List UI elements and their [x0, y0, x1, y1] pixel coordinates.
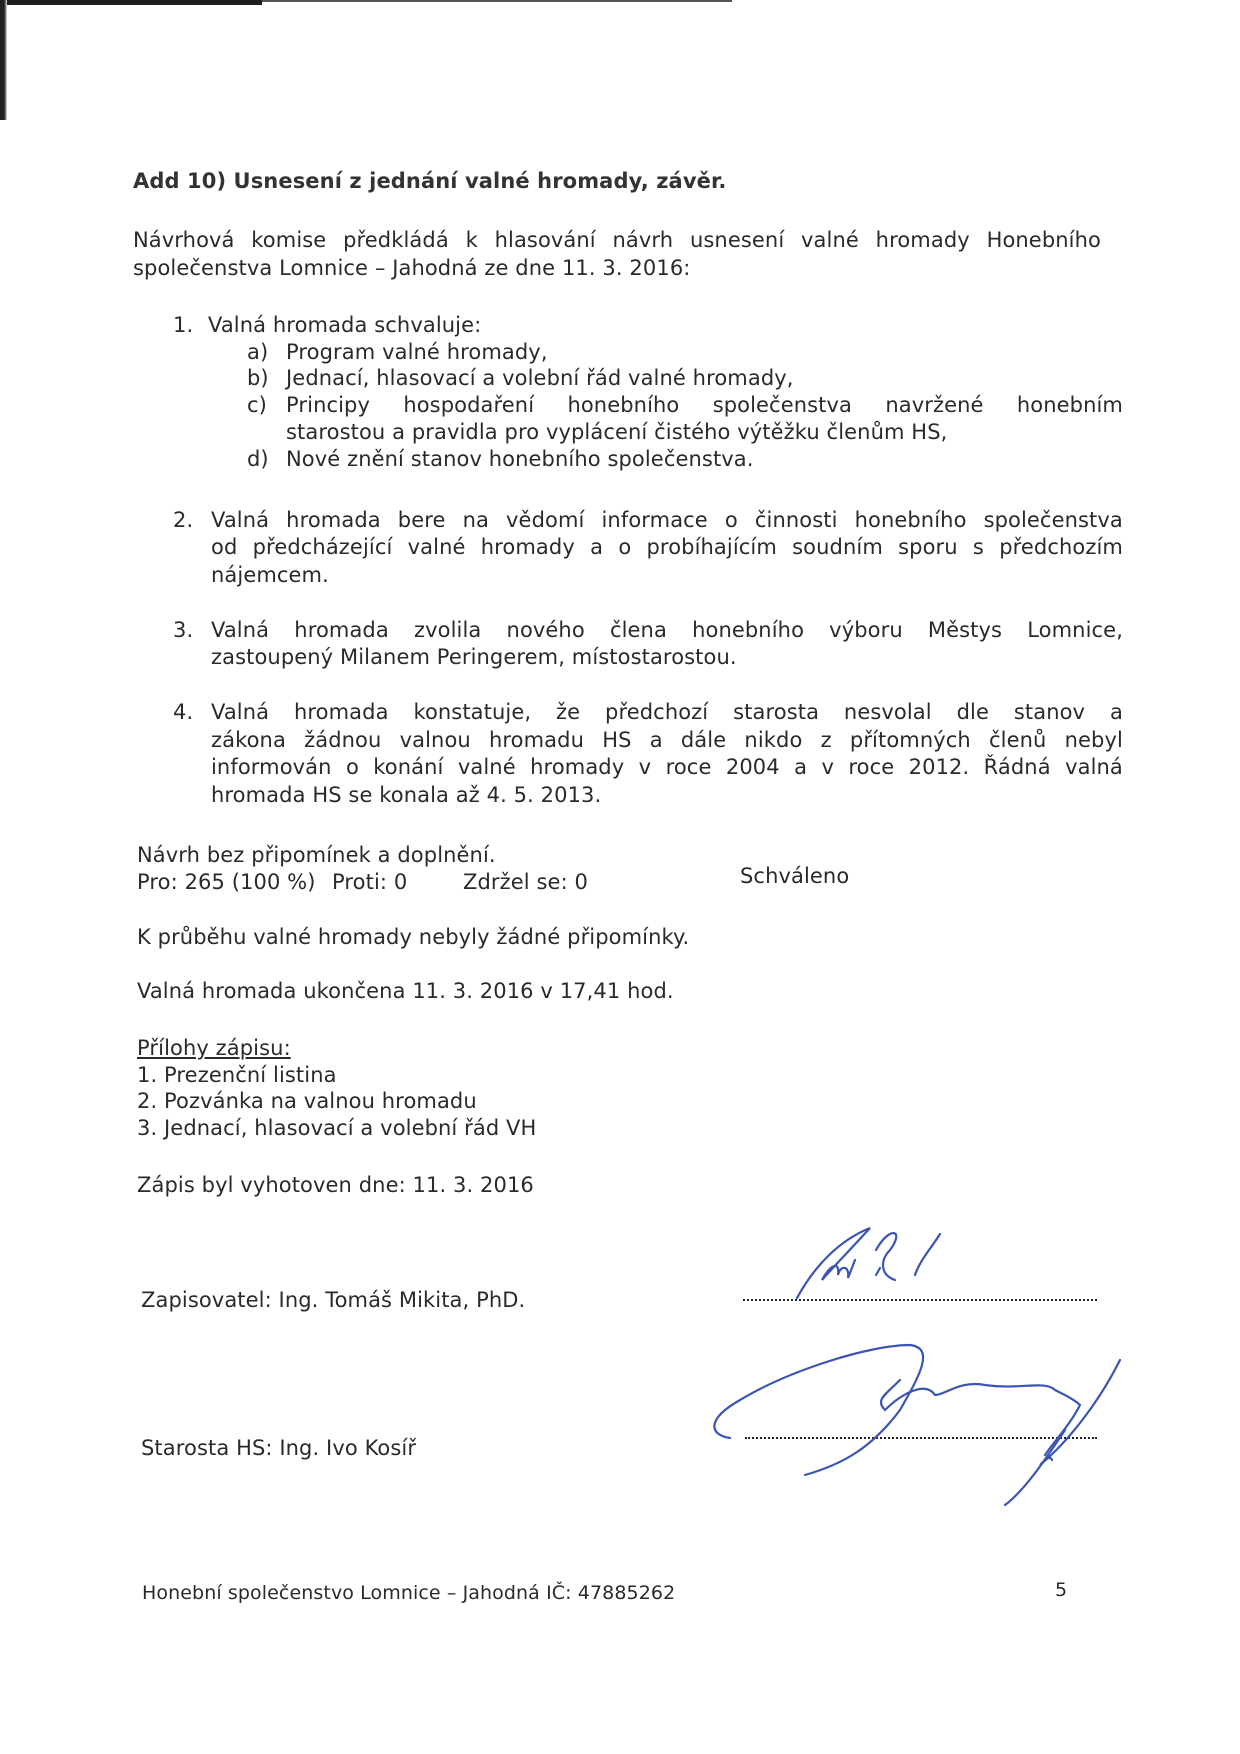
- vote-result: Schváleno: [740, 863, 849, 889]
- signatory-recorder: Zapisovatel: Ing. Tomáš Mikita, PhD.: [141, 1287, 525, 1313]
- word: honebního: [692, 617, 804, 643]
- word: Návrhová: [133, 227, 235, 253]
- subitem-text: Nové znění stanov honebního společenstva…: [286, 446, 754, 472]
- word: Principy: [286, 392, 370, 418]
- word: sporu: [898, 534, 958, 560]
- drafted-date: Zápis byl vyhotoven dne: 11. 3. 2016: [137, 1172, 534, 1198]
- word: valnou: [400, 727, 471, 753]
- signature-chairman: [700, 1340, 1140, 1520]
- word: členů: [989, 727, 1046, 753]
- resolution-text: Valnáhromadakonstatuje,žepředchozístaros…: [211, 699, 1123, 725]
- signature-recorder: [740, 1220, 960, 1310]
- vote-for: Pro: 265 (100 %): [137, 869, 316, 895]
- word: v: [821, 754, 834, 780]
- word: honebního: [855, 507, 967, 533]
- word: v: [639, 754, 652, 780]
- word: navržené: [885, 392, 983, 418]
- vote-against: Proti: 0: [332, 869, 407, 895]
- word: žádnou: [304, 727, 381, 753]
- word: valná: [1065, 754, 1123, 780]
- intro-line-2: společenstva Lomnice – Jahodná ze dne 11…: [133, 255, 690, 281]
- word: stanov: [1014, 699, 1085, 725]
- subitem-text: starostou a pravidla pro vyplácení čisté…: [286, 419, 947, 445]
- word: k: [466, 227, 478, 253]
- signatory-chairman: Starosta HS: Ing. Ivo Kosíř: [141, 1435, 416, 1461]
- word: nesvolal: [844, 699, 932, 725]
- word: Lomnice,: [1027, 617, 1123, 643]
- resolution-text: zákonažádnouvalnouhromaduHSadálenikdozpř…: [211, 727, 1123, 753]
- word: a: [590, 534, 603, 560]
- remarks: K průběhu valné hromady nebyly žádné při…: [137, 924, 689, 950]
- resolution-text: informovánokonánívalnéhromadyvroce2004av…: [211, 754, 1123, 780]
- word: nového: [507, 617, 585, 643]
- word: hromady: [530, 754, 624, 780]
- word: na: [463, 507, 489, 533]
- word: valné: [801, 227, 859, 253]
- word: honebním: [1017, 392, 1123, 418]
- word: usnesení: [690, 227, 784, 253]
- word: od: [211, 534, 237, 560]
- word: společenstva: [984, 507, 1123, 533]
- word: 2012.: [909, 754, 970, 780]
- word: probíhajícím: [647, 534, 777, 560]
- subitem-letter: c): [247, 392, 267, 418]
- word: předcházející: [253, 534, 393, 560]
- word: soudním: [792, 534, 883, 560]
- scan-border: [262, 0, 732, 2]
- document-page: Add 10) Usnesení z jednání valné hromady…: [0, 0, 1240, 1754]
- word: HS: [602, 727, 631, 753]
- attachment-item: 1. Prezenční listina: [137, 1062, 337, 1088]
- resolution-text: zastoupený Milanem Peringerem, místostar…: [211, 644, 737, 670]
- resolution-text: Valnáhromadazvolilanovéhočlenahonebníhov…: [211, 617, 1123, 643]
- subitem-text: Principyhospodařeníhonebníhospolečenstva…: [286, 392, 1123, 418]
- word: Valná: [211, 699, 269, 725]
- vote-note: Návrh bez připomínek a doplnění.: [137, 842, 496, 868]
- word: o: [618, 534, 631, 560]
- word: Městys: [928, 617, 1002, 643]
- subitem-text: Program valné hromady,: [286, 339, 548, 365]
- word: hromady: [876, 227, 970, 253]
- word: 2004: [726, 754, 780, 780]
- word: předchozím: [999, 534, 1123, 560]
- word: valné: [408, 534, 466, 560]
- resolution-number: 3.: [173, 617, 193, 643]
- word: návrh: [613, 227, 674, 253]
- resolution-number: 2.: [173, 507, 193, 533]
- word: dále: [681, 727, 726, 753]
- word: informace: [601, 507, 707, 533]
- word: konání: [373, 754, 443, 780]
- scan-border: [0, 0, 262, 5]
- subitem-letter: b): [247, 365, 269, 391]
- word: informován: [211, 754, 332, 780]
- resolution-text: hromada HS se konala až 4. 5. 2013.: [211, 782, 601, 808]
- attachment-item: 2. Pozvánka na valnou hromadu: [137, 1088, 477, 1114]
- word: Řádná: [984, 754, 1051, 780]
- word: roce: [666, 754, 712, 780]
- word: hromada: [294, 617, 389, 643]
- word: hromada: [294, 699, 389, 725]
- word: hromady: [481, 534, 575, 560]
- word: honebního: [567, 392, 679, 418]
- vote-abstain: Zdržel se: 0: [463, 869, 588, 895]
- word: zvolila: [414, 617, 481, 643]
- attachment-item: 3. Jednací, hlasovací a volební řád VH: [137, 1115, 536, 1141]
- word: společenstva: [713, 392, 852, 418]
- word: s: [973, 534, 984, 560]
- word: a: [1110, 699, 1123, 725]
- resolution-text: nájemcem.: [211, 562, 329, 588]
- intro-line-1: Návrhovákomisepředkládákhlasovánínávrhus…: [133, 227, 1101, 253]
- word: Honebního: [987, 227, 1101, 253]
- word: valné: [458, 754, 516, 780]
- footer-organization: Honební společenstvo Lomnice – Jahodná I…: [142, 1580, 675, 1606]
- word: starosta: [733, 699, 819, 725]
- word: hlasování: [495, 227, 596, 253]
- word: nikdo: [744, 727, 802, 753]
- word: hromadu: [489, 727, 584, 753]
- word: nebyl: [1065, 727, 1123, 753]
- section-heading: Add 10) Usnesení z jednání valné hromady…: [133, 168, 727, 194]
- word: z: [821, 727, 832, 753]
- resolution-text: Valná hromada schvaluje:: [208, 312, 481, 338]
- subitem-letter: d): [247, 446, 269, 472]
- word: konstatuje,: [413, 699, 531, 725]
- page-number: 5: [1055, 1577, 1067, 1603]
- word: člena: [610, 617, 667, 643]
- word: hromada: [286, 507, 381, 533]
- resolution-text: Valnáhromadaberenavědomíinformaceočinnos…: [211, 507, 1123, 533]
- attachments-title: Přílohy zápisu:: [137, 1035, 291, 1061]
- word: o: [346, 754, 359, 780]
- closing-time: Valná hromada ukončena 11. 3. 2016 v 17,…: [137, 978, 674, 1004]
- word: zákona: [211, 727, 286, 753]
- word: a: [650, 727, 663, 753]
- word: Valná: [211, 617, 269, 643]
- word: komise: [251, 227, 326, 253]
- subitem-text: Jednací, hlasovací a volební řád valné h…: [286, 365, 794, 391]
- scan-border: [0, 0, 7, 120]
- word: hospodaření: [403, 392, 534, 418]
- word: předchozí: [605, 699, 708, 725]
- word: bere: [398, 507, 446, 533]
- subitem-letter: a): [247, 339, 268, 365]
- word: vědomí: [506, 507, 584, 533]
- word: výboru: [829, 617, 903, 643]
- resolution-number: 1.: [173, 312, 193, 338]
- word: dle: [957, 699, 989, 725]
- word: předkládá: [343, 227, 449, 253]
- word: že: [556, 699, 580, 725]
- word: roce: [848, 754, 894, 780]
- word: činnosti: [755, 507, 838, 533]
- resolution-number: 4.: [173, 699, 193, 725]
- word: a: [794, 754, 807, 780]
- word: Valná: [211, 507, 269, 533]
- word: přítomných: [850, 727, 971, 753]
- word: o: [725, 507, 738, 533]
- resolution-text: odpředcházejícívalnéhromadyaoprobíhající…: [211, 534, 1123, 560]
